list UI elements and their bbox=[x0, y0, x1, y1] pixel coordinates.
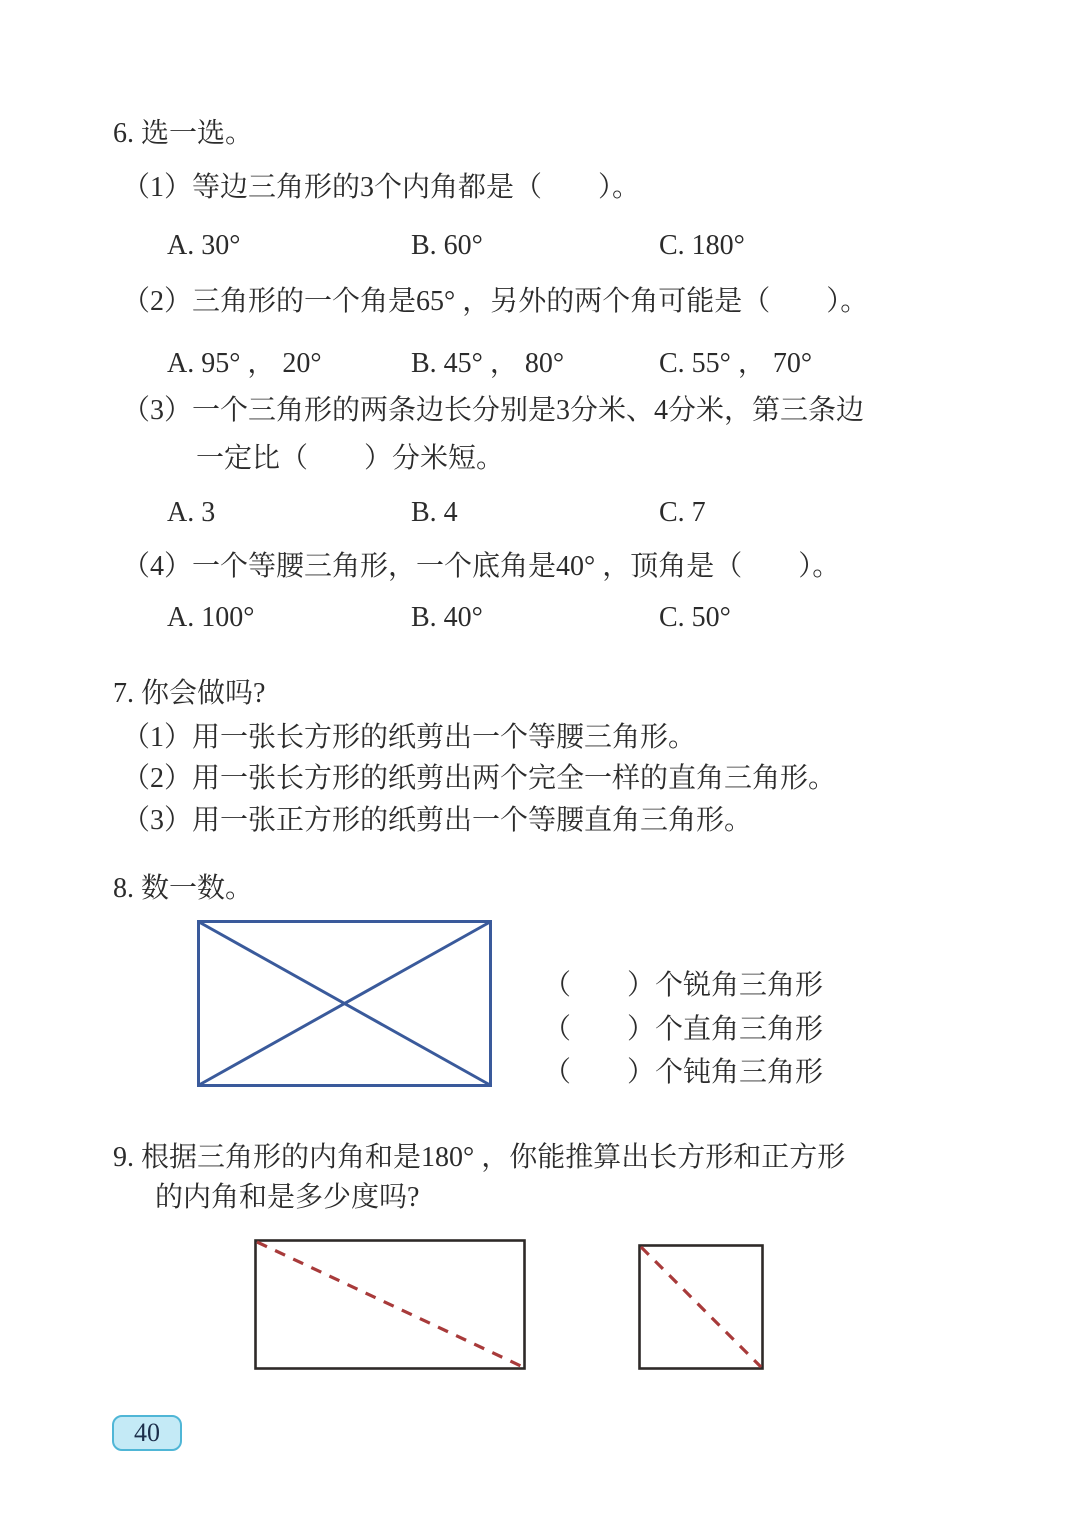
q6-item1-option-c: C. 180° bbox=[659, 230, 745, 262]
q6-item4-options: A. 100° B. 40° C. 50° bbox=[0, 602, 1080, 636]
q6-title: 6. 选一选。 bbox=[113, 118, 253, 150]
q6-item2-option-a: A. 95° ， 20° bbox=[167, 341, 322, 381]
q6-item3-option-a: A. 3 bbox=[167, 497, 215, 529]
q6-item3-option-c: C. 7 bbox=[659, 497, 706, 529]
q9-text-line1: 9. 根据三角形的内角和是180° ，你能推算出长方形和正方形 bbox=[113, 1142, 845, 1174]
q6-item1-text: （1）等边三角形的3个内角都是（ ）。 bbox=[122, 172, 640, 204]
q6-item1-option-a: A. 30° bbox=[167, 230, 240, 262]
q9-text-line2: 的内角和是多少度吗? bbox=[155, 1182, 419, 1214]
q7-item-1: （1）用一张长方形的纸剪出一个等腰三角形。 bbox=[122, 722, 696, 754]
page-number-badge: 40 bbox=[112, 1415, 182, 1451]
q6-item3-options: A. 3 B. 4 C. 7 bbox=[0, 497, 1080, 531]
q6-item2-option-b: B. 45° ， 80° bbox=[411, 341, 564, 381]
q6-item4-text: （4）一个等腰三角形，一个底角是40° ，顶角是（ ）。 bbox=[122, 551, 840, 583]
q7-item-2: （2）用一张长方形的纸剪出两个完全一样的直角三角形。 bbox=[122, 763, 836, 795]
rectangle-dashed-diagonal-diagram bbox=[254, 1239, 526, 1370]
q6-item2-options: A. 95° ， 20° B. 45° ， 80° C. 55° ， 70° bbox=[0, 341, 1080, 375]
q8-blank-right: （ ）个直角三角形 bbox=[543, 1014, 823, 1046]
q6-item1-option-b: B. 60° bbox=[411, 230, 483, 262]
textbook-page: 6. 选一选。 （1）等边三角形的3个内角都是（ ）。 A. 30° B. 60… bbox=[0, 0, 1080, 1518]
rectangle-with-diagonals-diagram bbox=[197, 920, 492, 1087]
q7-title: 7. 你会做吗? bbox=[113, 678, 265, 710]
q6-item3-text-line1: （3）一个三角形的两条边长分别是3分米、4分米，第三条边 bbox=[122, 395, 864, 427]
q6-item4-option-a: A. 100° bbox=[167, 602, 254, 634]
q8-blank-obtuse: （ ）个钝角三角形 bbox=[543, 1057, 823, 1089]
q8-blank-acute: （ ）个锐角三角形 bbox=[543, 970, 823, 1002]
page-number: 40 bbox=[134, 1418, 160, 1448]
q6-item3-option-b: B. 4 bbox=[411, 497, 458, 529]
q6-item1-options: A. 30° B. 60° C. 180° bbox=[0, 230, 1080, 264]
q6-item2-option-c: C. 55° ， 70° bbox=[659, 341, 812, 381]
q6-item4-option-c: C. 50° bbox=[659, 602, 731, 634]
q6-item3-text-line2: 一定比（ ）分米短。 bbox=[196, 443, 504, 475]
square-dashed-diagonal-diagram bbox=[638, 1244, 764, 1370]
q7-item-3: （3）用一张正方形的纸剪出一个等腰直角三角形。 bbox=[122, 805, 752, 837]
q8-title: 8. 数一数。 bbox=[113, 873, 253, 905]
q6-item2-text: （2）三角形的一个角是65° ，另外的两个角可能是（ ）。 bbox=[122, 286, 868, 318]
q6-item4-option-b: B. 40° bbox=[411, 602, 483, 634]
